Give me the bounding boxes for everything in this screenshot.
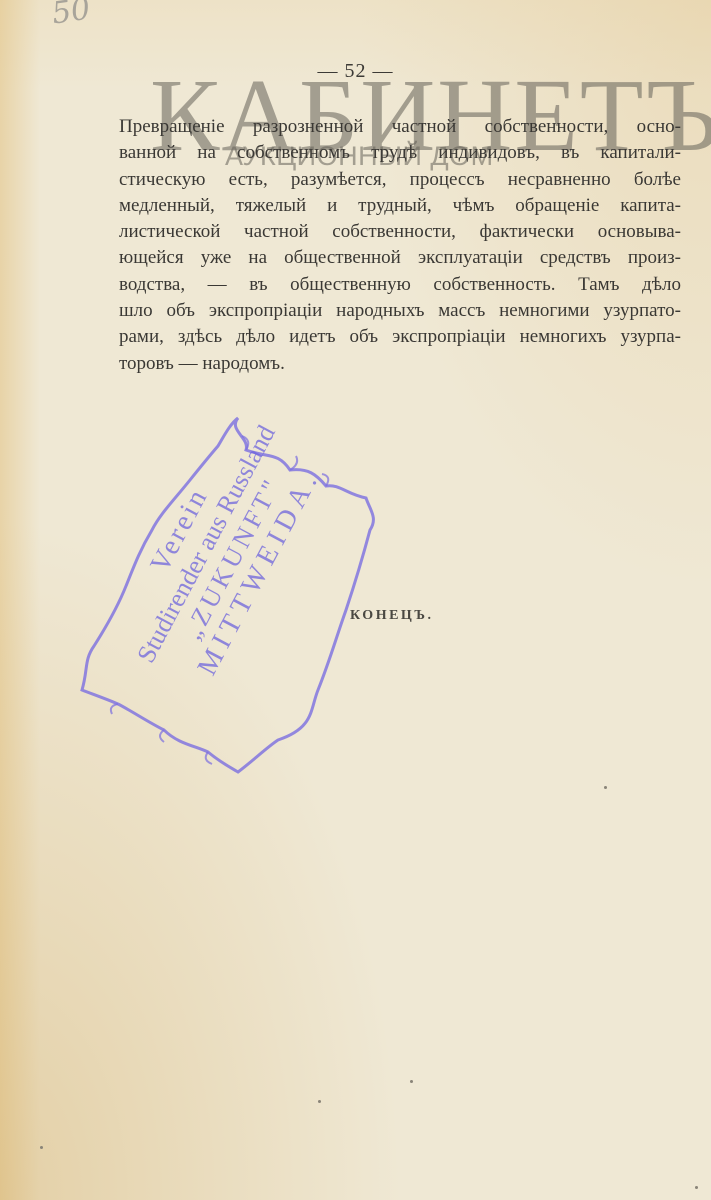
text-line: рами, здѣсь дѣло идетъ объ экспропріаціи… <box>119 324 681 350</box>
paper-speck <box>695 1186 698 1189</box>
body-paragraph: Превращеніе разрозненной частной собстве… <box>119 114 681 377</box>
text-line: ющейся уже на общественной эксплуатаціи … <box>119 245 681 271</box>
page-number: — 52 — <box>0 60 711 83</box>
the-end-label: КОНЕЦЪ. <box>350 608 434 624</box>
text-line: ванной на собственномъ трудѣ индивидовъ,… <box>119 140 681 166</box>
text-line: шло объ экспропріаціи народныхъ массъ не… <box>119 298 681 324</box>
text-line: стическую есть, разумѣется, процессъ нес… <box>119 167 681 193</box>
text-line: водства, — въ общественную собственность… <box>119 272 681 298</box>
document-page: 50 — 52 — КАБИНЕТЪ АУКЦИОННЫЙ ДОМ Превра… <box>0 0 711 1200</box>
paper-speck <box>604 786 607 789</box>
text-line: торовъ — народомъ. <box>119 351 681 377</box>
paper-speck <box>410 1080 413 1083</box>
paper-speck <box>318 1100 321 1103</box>
paper-speck <box>40 1146 43 1149</box>
handwritten-note: 50 <box>50 0 93 31</box>
text-line: медленный, тяжелый и трудный, чѣмъ обращ… <box>119 193 681 219</box>
text-line: Превращеніе разрозненной частной собстве… <box>119 114 681 140</box>
text-line: листической частной собственности, факти… <box>119 219 681 245</box>
